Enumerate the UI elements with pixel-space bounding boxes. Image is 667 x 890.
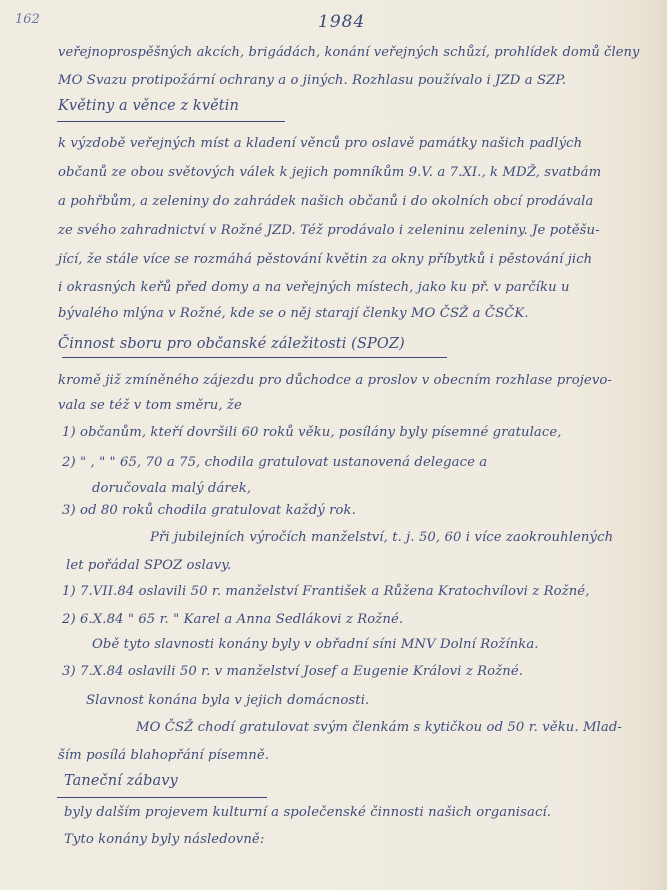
section-heading-flowers: Květiny a věnce z květin bbox=[58, 98, 239, 114]
year-heading: 1984 bbox=[318, 12, 365, 32]
text-line: ším posílá blahopřání písemně. bbox=[58, 748, 269, 763]
text-line: MO Svazu protipožární ochrany a o jiných… bbox=[58, 73, 566, 88]
text-line: veřejnoprospěšných akcích, brigádách, ko… bbox=[58, 45, 639, 60]
section-heading-dances: Taneční zábavy bbox=[64, 773, 178, 789]
text-line: byly dalším projevem kulturní a společen… bbox=[64, 805, 551, 820]
heading-underline bbox=[62, 357, 447, 358]
list-item: 3) 7.X.84 oslavili 50 r. v manželství Jo… bbox=[62, 664, 523, 679]
text-line: ze svého zahradnictví v Rožné JZD. Též p… bbox=[58, 223, 600, 238]
text-line: jící, že stále více se rozmáhá pěstování… bbox=[58, 252, 592, 267]
text-line: Obě tyto slavnosti konány byly v obřadní… bbox=[92, 637, 539, 652]
heading-underline bbox=[57, 121, 285, 122]
text-line: i okrasných keřů před domy a na veřejnýc… bbox=[58, 280, 570, 295]
text-line: kromě již zmíněného zájezdu pro důchodce… bbox=[58, 373, 612, 388]
list-item: 1) 7.VII.84 oslavili 50 r. manželství Fr… bbox=[62, 584, 590, 599]
heading-underline bbox=[57, 797, 267, 798]
list-item: 2) " , " " 65, 70 a 75, chodila gratulov… bbox=[62, 455, 487, 470]
text-line: Slavnost konána byla v jejich domácnosti… bbox=[86, 693, 369, 708]
page-number: 162 bbox=[15, 12, 40, 27]
text-line: a pohřbům, a zeleniny do zahrádek našich… bbox=[58, 194, 593, 209]
text-line: let pořádal SPOZ oslavy. bbox=[66, 558, 231, 573]
text-line: k výzdobě veřejných míst a kladení věnců… bbox=[58, 136, 582, 151]
text-line: občanů ze obou světových válek k jejich … bbox=[58, 165, 601, 180]
list-item: 2) 6.X.84 " 65 r. " Karel a Anna Sedláko… bbox=[62, 612, 403, 627]
section-heading-spoz: Činnost sboru pro občanské záležitosti (… bbox=[58, 336, 405, 352]
text-line: doručovala malý dárek, bbox=[92, 481, 251, 496]
document-page: 162 1984 veřejnoprospěšných akcích, brig… bbox=[0, 0, 667, 890]
text-line: Při jubilejních výročích manželství, t. … bbox=[150, 530, 613, 545]
text-line: Tyto konány byly následovně: bbox=[64, 832, 264, 847]
text-line: MO ČSŽ chodí gratulovat svým členkám s k… bbox=[136, 720, 622, 735]
text-line: vala se též v tom směru, že bbox=[58, 398, 242, 413]
list-item: 1) občanům, kteří dovršili 60 roků věku,… bbox=[62, 425, 562, 440]
text-line: bývalého mlýna v Rožné, kde se o něj sta… bbox=[58, 306, 529, 321]
list-item: 3) od 80 roků chodila gratulovat každý r… bbox=[62, 503, 356, 518]
